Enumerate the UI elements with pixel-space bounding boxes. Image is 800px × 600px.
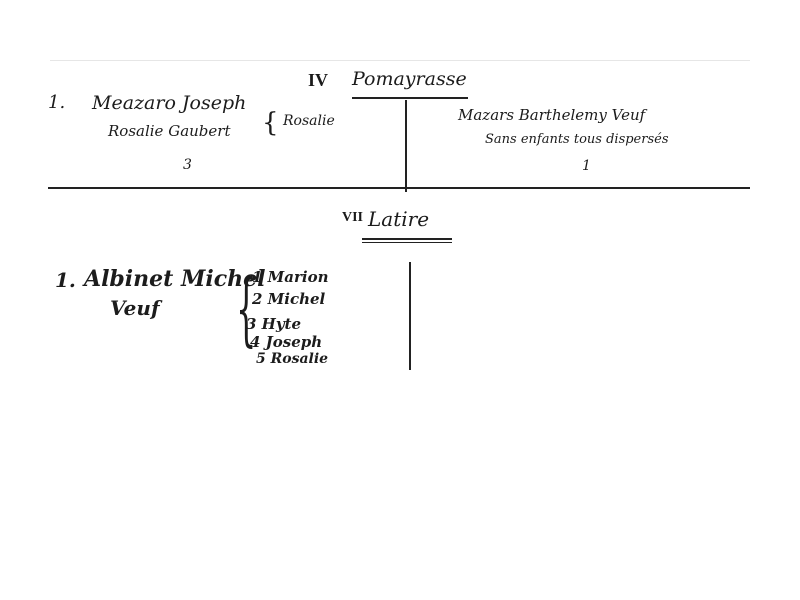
entry-count: 3 (183, 157, 192, 173)
right-entry-count: 1 (582, 158, 591, 174)
entry-children: Rosalie (283, 113, 335, 129)
section-vii-underline-1 (362, 238, 452, 240)
entry-spouse-name: Rosalie Gaubert (108, 122, 230, 140)
section-vii-underline-2 (362, 242, 452, 243)
entry-head-name: Meazaro Joseph (92, 92, 246, 114)
child-item: 5 Rosalie (256, 351, 328, 367)
section-separator (48, 187, 750, 189)
entry-number: 1. (55, 268, 76, 292)
child-item: 3 Hyte (246, 315, 301, 333)
column-divider-iv (405, 100, 407, 192)
brace-icon: { (262, 108, 279, 138)
entry-number: 1. (48, 92, 65, 113)
section-iv-place: Pomayrasse (352, 68, 467, 90)
child-item: 2 Michel (252, 290, 325, 308)
section-vii-place: Latire (368, 207, 429, 231)
column-divider-vii (409, 262, 411, 370)
section-iv-numeral: IV (308, 70, 328, 91)
child-item: 1 Marion (252, 268, 329, 286)
entry-status: Veuf (110, 296, 160, 320)
child-item: 4 Joseph (250, 333, 322, 351)
section-iv-underline (352, 97, 468, 99)
right-entry-line2: Sans enfants tous dispersés (485, 132, 669, 147)
right-entry-line1: Mazars Barthelemy Veuf (458, 106, 645, 124)
scan-artifact-top (50, 60, 750, 61)
section-vii-numeral: VII (342, 210, 363, 226)
